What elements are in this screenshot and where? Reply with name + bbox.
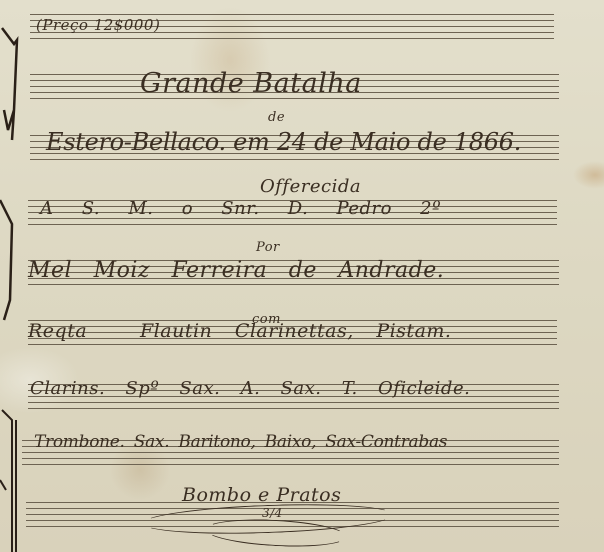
dedication-text: A S. M. o Snr. D. Pedro 2º	[40, 198, 441, 219]
instrumentation-line-1: Flautin Clarinettas, Pistam.	[140, 320, 451, 342]
composer-name: Mel Moiz Ferreira de Andrade.	[28, 258, 444, 283]
title-line-2: Estero-Bellaco. em 24 de Maio de 1866.	[46, 128, 521, 156]
composer-label: Por	[256, 240, 280, 255]
manuscript-page: (Preço 12$000) Grande Batalha de Estero-…	[0, 0, 604, 552]
instrumentation-line-3: Trombone. Sax. Baritono, Baixo, Sax-Cont…	[34, 432, 447, 452]
percussion-line: Bombo e Pratos	[182, 484, 341, 506]
price-label: (Preço 12$000)	[36, 16, 160, 34]
binding-thread-icon	[0, 0, 26, 552]
dedication-label: Offerecida	[260, 176, 361, 197]
title-connector: de	[268, 110, 285, 125]
instrumentation-prefix: Reqta	[28, 320, 87, 342]
title-line-1: Grande Batalha	[140, 68, 362, 99]
instrumentation-line-2: Clarins. Spº Sax. A. Sax. T. Oficleide.	[30, 378, 470, 399]
